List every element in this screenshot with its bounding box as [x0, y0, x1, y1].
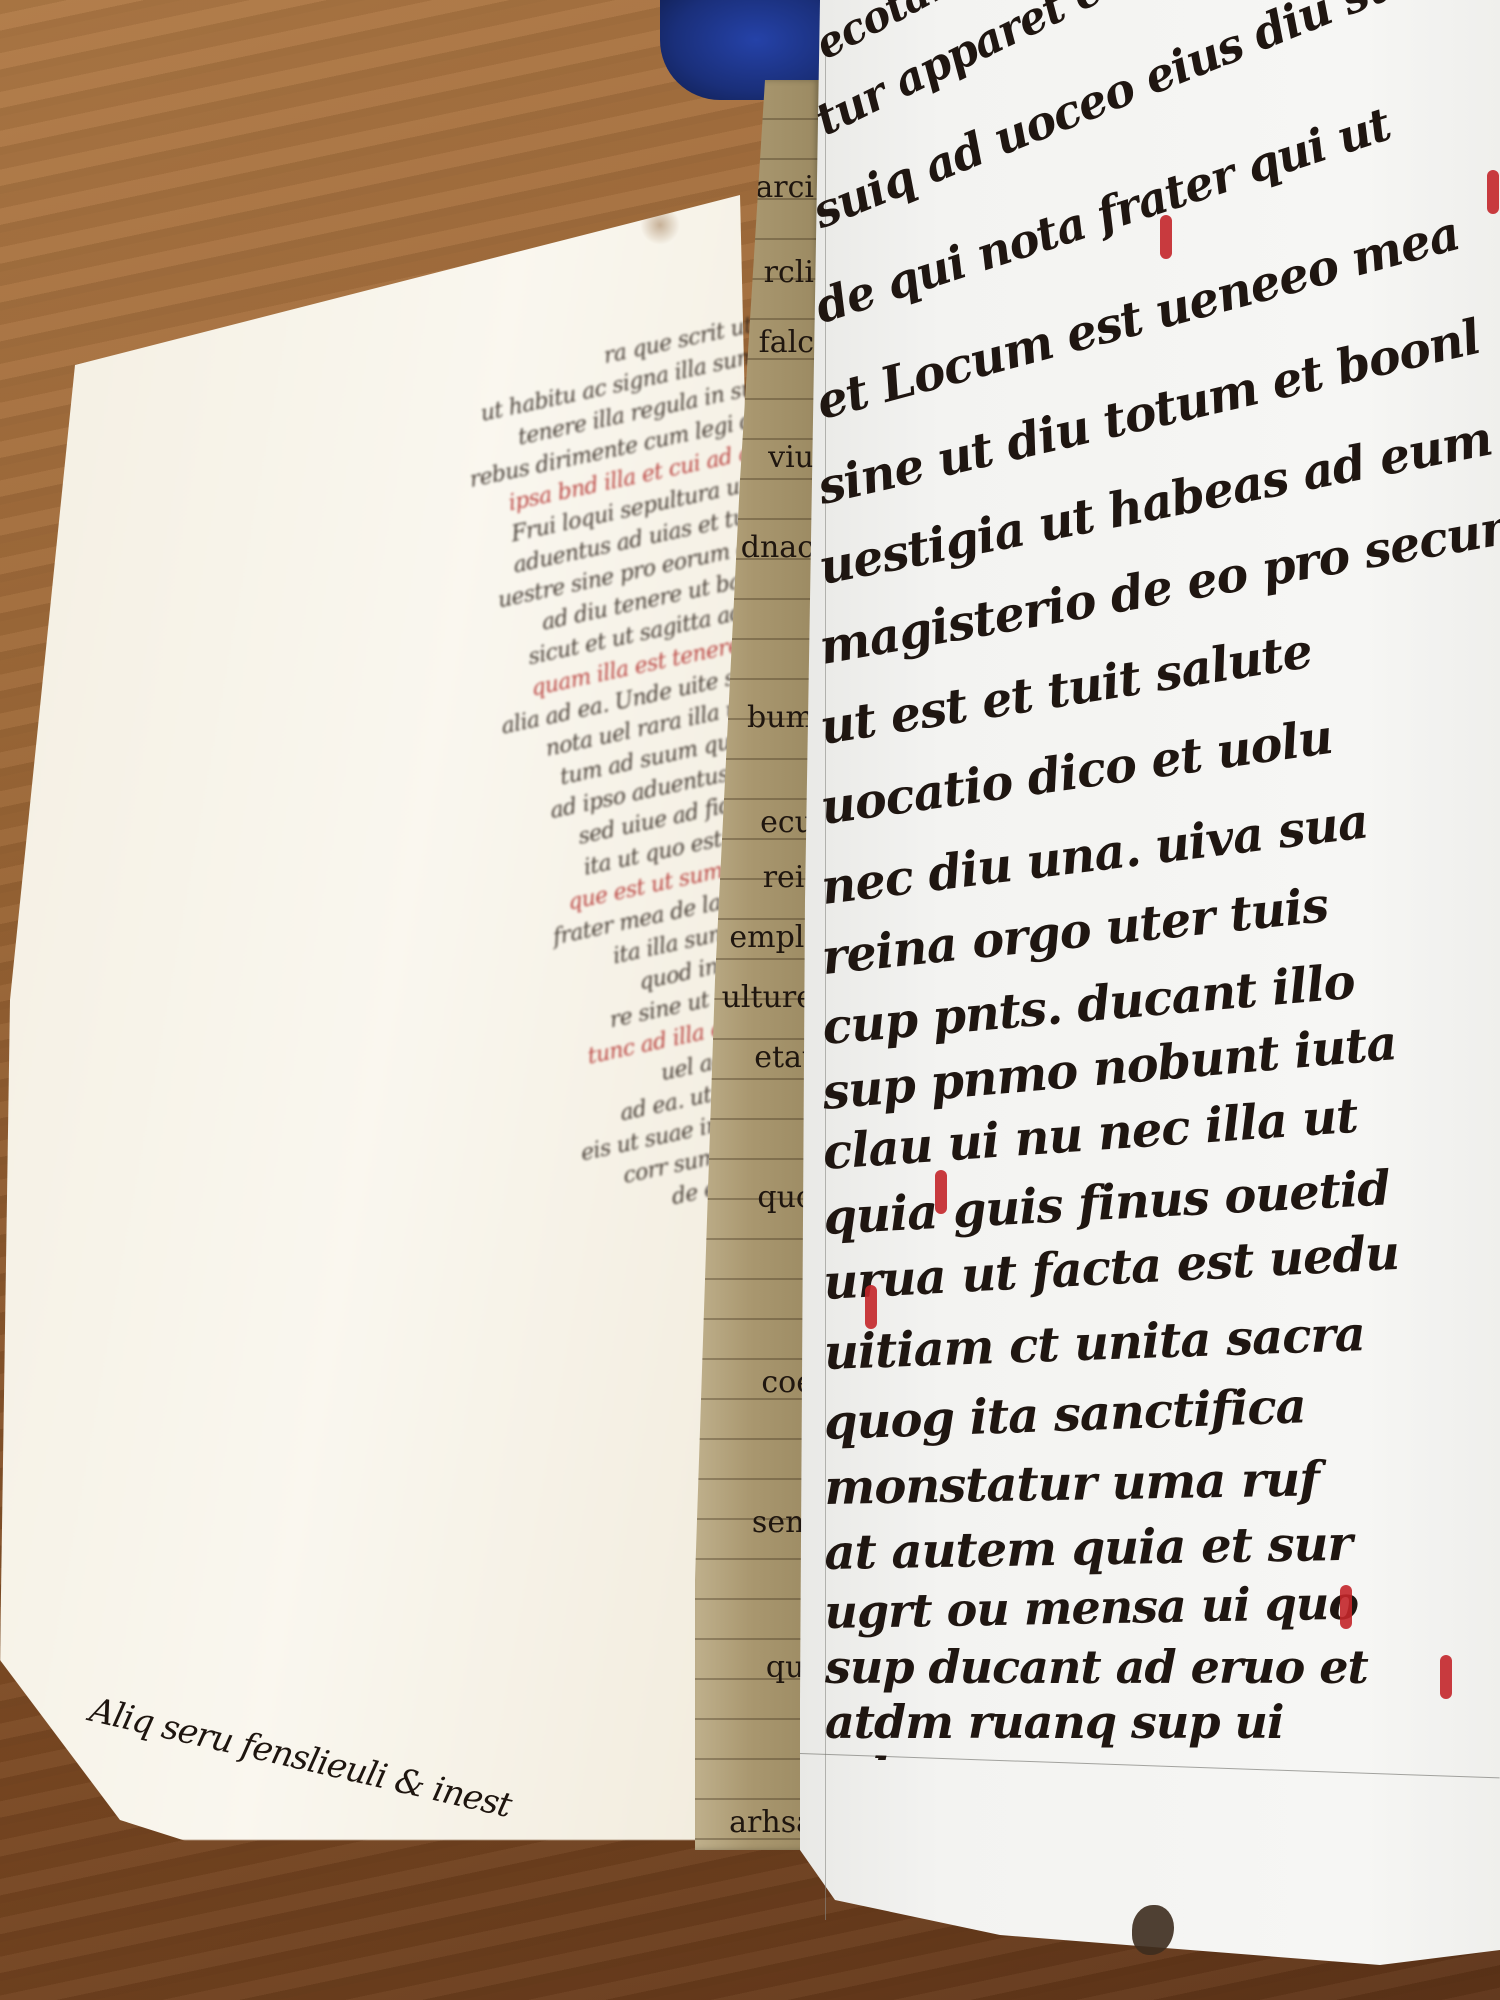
- manuscript-line: uitiam ct unita sacra: [823, 1306, 1366, 1381]
- rubric-mark: [1340, 1585, 1352, 1629]
- page-stain: [640, 205, 680, 245]
- rubric-mark: [1440, 1655, 1452, 1699]
- manuscript-line: quog ita sanctifica: [823, 1378, 1307, 1451]
- rubric-mark: [1160, 215, 1172, 259]
- rubric-mark: [935, 1170, 947, 1214]
- manuscript-line: ud pe que est uerba: [825, 1748, 1296, 1760]
- manuscript-line: sup ducant ad eruo et: [825, 1640, 1368, 1694]
- manuscript-line: at autem quia et sur: [824, 1516, 1352, 1581]
- right-page-text: ecotanse ut ua forgmentur apparet et uer…: [800, 0, 1500, 1760]
- manuscript-line: monstatur uma ruf: [824, 1451, 1319, 1516]
- rubric-mark: [1487, 170, 1499, 214]
- manuscript-line: atdm ruanq sup ui: [825, 1695, 1283, 1749]
- manuscript-line: ugrt ou mensa ui quo: [824, 1576, 1358, 1639]
- rubric-mark: [865, 1285, 877, 1329]
